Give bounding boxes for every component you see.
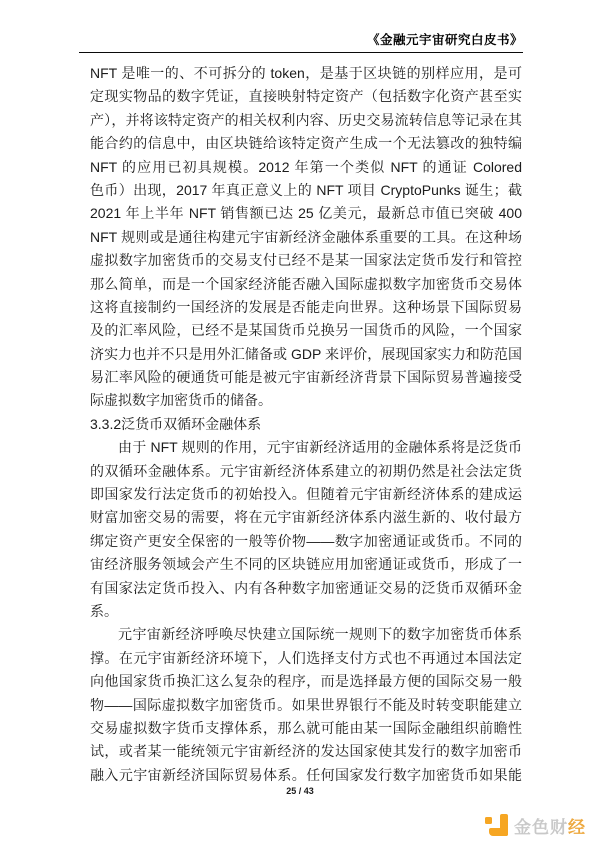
brand-watermark: 金色财经 (485, 813, 586, 838)
text-line: 易汇率风险的硬通货可能是被元宇宙新经济背景下国际贸易普遍接受的国 (90, 366, 522, 389)
text-line: 的双循环金融体系。元宇宙新经济体系建立的初期仍然是社会法定货币， (90, 460, 522, 483)
page-header-title: 《金融元宇宙研究白皮书》 (367, 30, 523, 48)
section-heading: 3.3.2泛货币双循环金融体系 (90, 413, 522, 436)
text-line: 济实力也并不只是用外汇储备或 GDP 来评价，展现国家实力和防范国际贸 (90, 343, 522, 366)
text-line: 色币）出现，2017 年真正意义上的 NFT 项目 CryptoPunks 诞生… (90, 179, 522, 202)
text-line: NFT 规则或是通往构建元宇宙新经济金融体系重要的工具。在这种场景下， (90, 226, 522, 249)
text-line: 由于 NFT 规则的作用，元宇宙新经济适用的金融体系将是泛货币构成 (90, 436, 522, 459)
text-line: 交易虚拟数字货币支撑体系，那么就可能由某一国际金融组织前瞻性的尝 (90, 717, 522, 740)
text-line: 绑定资产更安全保密的一般等价物——数字加密通证或货币。不同的元宇 (90, 530, 522, 553)
text-line: 定现实物品的数字凭证，直接映射特定资产（包括数字化资产甚至实物资 (90, 85, 522, 108)
page-number: 25 / 43 (0, 786, 600, 796)
text-line: 试，或者某一能统领元宇宙新经济的发达国家使其发行的数字加密币率先 (90, 740, 522, 763)
text-line: 物——国际虚拟数字加密货币。如果世界银行不能及时转变职能建立国际 (90, 694, 522, 717)
text-line: 融入元宇宙新经济国际贸易体系。任何国家发行数字加密货币如果能率先 (90, 764, 522, 787)
document-body: NFT 是唯一的、不可拆分的 token，是基于区块链的别样应用，是可以锚定现实… (90, 62, 522, 787)
text-line: NFT 的应用已初具规模。2012 年第一个类似 NFT 的通证 Colored… (90, 156, 522, 179)
brand-name-segment: 经 (568, 818, 586, 837)
text-line: 撑。在元宇宙新经济环境下，人们选择支付方式也不再通过本国法定货币 (90, 647, 522, 670)
text-line: 有国家法定货币投入、内有各种数字加密通证交易的泛货币双循环金融体 (90, 577, 522, 600)
text-line: 即国家发行法定货币的初始投入。但随着元宇宙新经济体系的建成运行和 (90, 483, 522, 506)
text-line: 产），并将该特定资产的相关权利内容、历史交易流转信息等记录在其智 (90, 109, 522, 132)
brand-name-segment: 金色财 (514, 818, 568, 837)
text-line: 财富加密交易的需要，将在元宇宙新经济体系内滋生新的、收付最方便的、 (90, 506, 522, 529)
text-line: 这将直接制约一国经济的发展是否能走向世界。这种场景下国际贸易所涉 (90, 296, 522, 319)
text-line: 际虚拟数字加密货币的储备。 (90, 389, 522, 412)
text-line: 能合约的信息中，由区块链给该特定资产生成一个无法篡改的独特编码。 (90, 132, 522, 155)
text-line: 宙经济服务领域会产生不同的区块链应用加密通证或货币，形成了一个外 (90, 553, 522, 576)
document-page: 《金融元宇宙研究白皮书》 NFT 是唯一的、不可拆分的 token，是基于区块链… (0, 0, 600, 848)
text-line: 向他国家货币换汇这么复杂的程序，而是选择最方便的国际交易一般等价 (90, 670, 522, 693)
header-divider (79, 52, 523, 53)
text-line: 2021 年上半年 NFT 销售额已达 25 亿美元，最新总市值已突破 400 … (90, 202, 522, 225)
text-line: NFT 是唯一的、不可拆分的 token，是基于区块链的别样应用，是可以锚 (90, 62, 522, 85)
text-line: 虚拟数字加密货币的交易支付已经不是某一国家法定货币发行和管控限制 (90, 249, 522, 272)
text-line: 系。 (90, 600, 522, 623)
brand-name: 金色财经 (514, 813, 586, 838)
text-line: 及的汇率风险，已经不是某国货币兑换另一国货币的风险，一个国家的经 (90, 319, 522, 342)
text-line: 那么简单，而是一个国家经济能否融入国际虚拟数字加密货币交易体系， (90, 273, 522, 296)
jinse-finance-logo-icon (485, 814, 508, 837)
text-line: 元宇宙新经济呼唤尽快建立国际统一规则下的数字加密货币体系的支 (90, 623, 522, 646)
